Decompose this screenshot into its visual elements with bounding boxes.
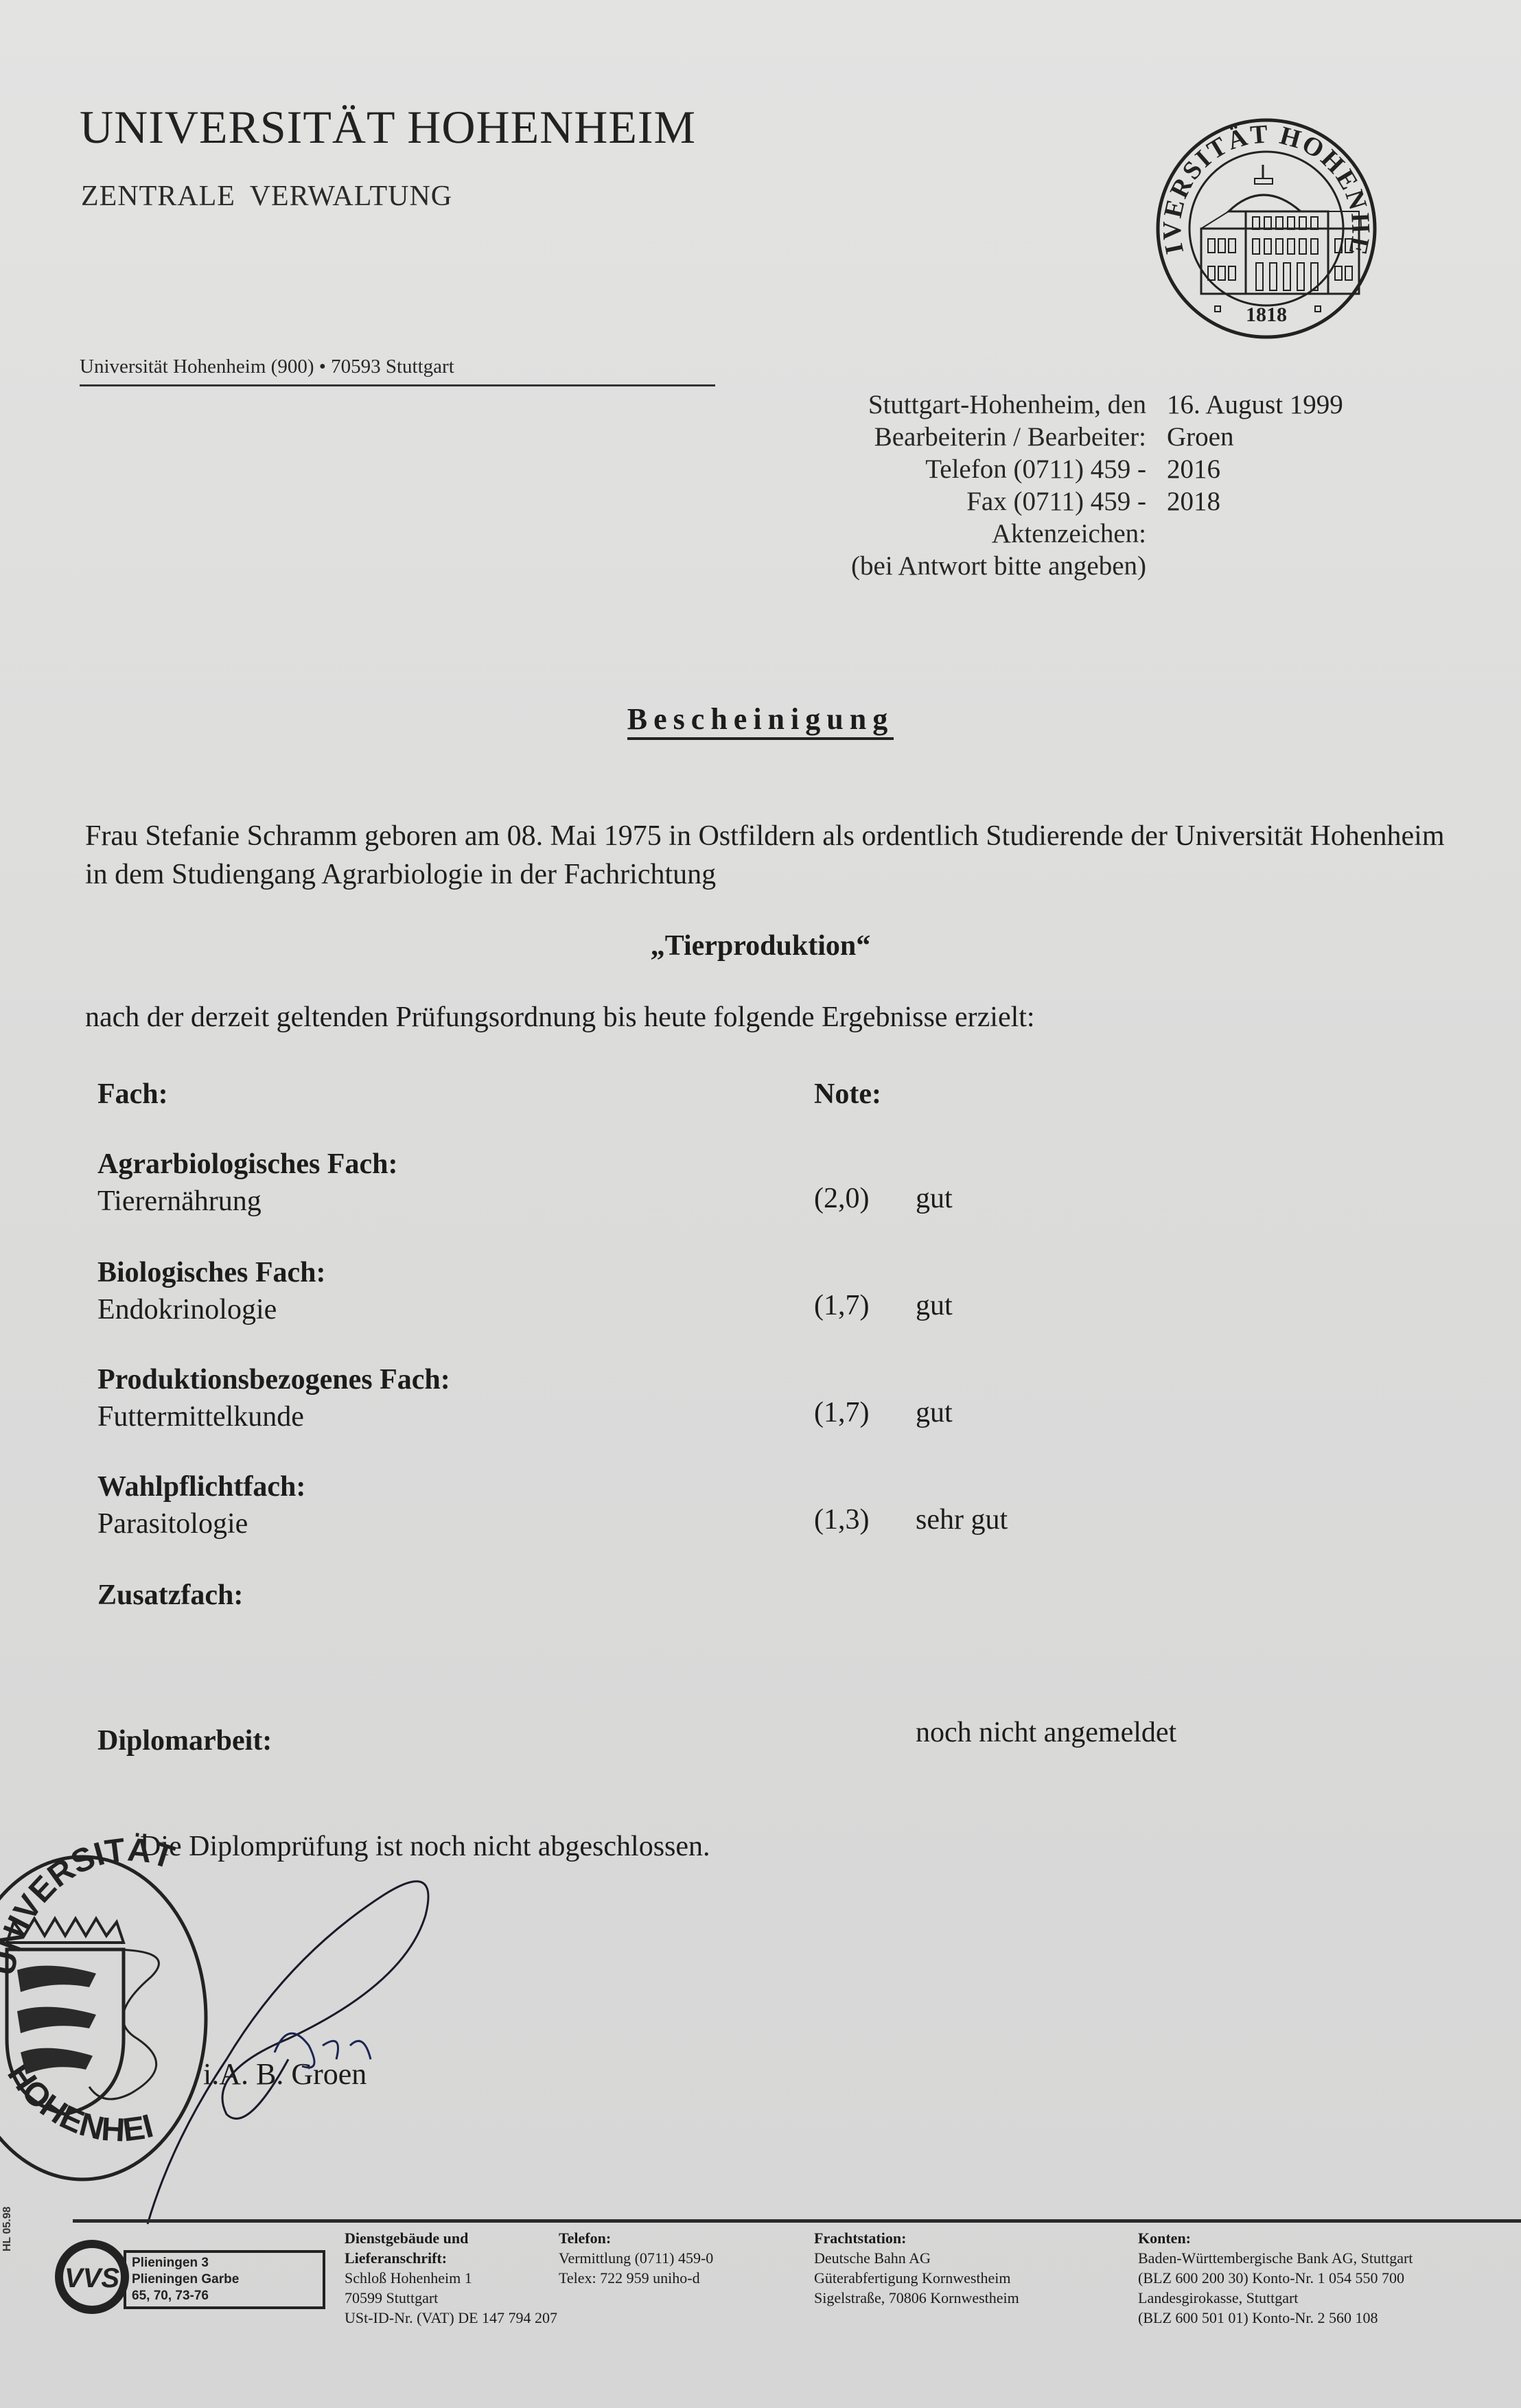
subject-name: Endokrinologie <box>97 1293 277 1326</box>
grade-value: (1,7) <box>814 1396 869 1429</box>
meta-label: Stuttgart-Hohenheim, den <box>796 389 1167 421</box>
meta-label: Fax (0711) 459 - <box>796 485 1167 518</box>
letter-meta: Stuttgart-Hohenheim, den 16. August 1999… <box>796 389 1455 582</box>
meta-date-row: Stuttgart-Hohenheim, den 16. August 1999 <box>796 389 1455 421</box>
svg-text:1818: 1818 <box>1246 303 1287 326</box>
svg-text:VVS: VVS <box>65 2263 119 2293</box>
meta-fax-row: Fax (0711) 459 - 2018 <box>796 485 1455 518</box>
meta-label: Bearbeiterin / Bearbeiter: <box>796 421 1167 453</box>
grade-text: sehr gut <box>916 1503 1008 1536</box>
return-address-rule <box>80 384 715 386</box>
footer-address: Dienstgebäude und Lieferanschrift: Schlo… <box>345 2228 557 2328</box>
vvs-transit-logo-icon: VVS Plieningen 3 Plieningen Garbe 65, 70… <box>49 2239 331 2315</box>
svg-text:UNIVERSITÄT: UNIVERSITÄT <box>0 1831 178 1978</box>
subject-category: Agrarbiologisches Fach: <box>97 1148 397 1181</box>
meta-label: Telefon (0711) 459 - <box>796 453 1167 485</box>
subject-name: Futtermittelkunde <box>97 1400 304 1433</box>
footer-accounts: Konten: Baden-Württembergische Bank AG, … <box>1138 2228 1413 2328</box>
footer-rule <box>73 2219 1521 2223</box>
subject-category: Produktionsbezogenes Fach: <box>97 1363 450 1396</box>
meta-phone-row: Telefon (0711) 459 - 2016 <box>796 453 1455 485</box>
document-title: Bescheinigung <box>0 702 1521 737</box>
return-address: Universität Hohenheim (900) • 70593 Stut… <box>80 356 454 378</box>
meta-label: (bei Antwort bitte angeben) <box>796 550 1167 582</box>
subject-category: Biologisches Fach: <box>97 1256 326 1289</box>
meta-reference-row: Aktenzeichen: <box>796 518 1455 550</box>
footer-phone: Telefon: Vermittlung (0711) 459-0 Telex:… <box>559 2228 713 2288</box>
university-seal-icon: UNIVERSITÄT HOHENHEIM 1818 <box>1153 115 1380 342</box>
svg-text:Plieningen 3: Plieningen 3 <box>132 2256 209 2270</box>
subject-name: Parasitologie <box>97 1507 248 1540</box>
letter-date: 16. August 1999 <box>1167 389 1343 421</box>
clerk-name: Groen <box>1167 421 1233 453</box>
meta-label: Aktenzeichen: <box>796 518 1167 550</box>
department-name: ZENTRALE VERWALTUNG <box>81 180 452 213</box>
grade-value: (1,7) <box>814 1289 869 1322</box>
grade-text: gut <box>916 1396 953 1429</box>
svg-text:65, 70, 73-76: 65, 70, 73-76 <box>132 2289 209 2303</box>
grade-text: gut <box>916 1182 953 1215</box>
meta-clerk-row: Bearbeiterin / Bearbeiter: Groen <box>796 421 1455 453</box>
additional-subject-label: Zusatzfach: <box>97 1579 243 1612</box>
grade-value: (2,0) <box>814 1182 869 1215</box>
grade-value: (1,3) <box>814 1503 869 1536</box>
certificate-paragraph: Frau Stefanie Schramm geboren am 08. Mai… <box>85 817 1451 894</box>
subject-category: Wahlpflichtfach: <box>97 1470 305 1503</box>
thesis-status: noch nicht angemeldet <box>916 1716 1176 1749</box>
column-header-grade: Note: <box>814 1078 881 1111</box>
results-intro: nach der derzeit geltenden Prüfungsordnu… <box>85 1001 1035 1034</box>
institution-name: UNIVERSITÄT HOHENHEIM <box>80 100 696 154</box>
footer-freight: Frachtstation: Deutsche Bahn AG Güterabf… <box>814 2228 1019 2308</box>
form-code: HL 05.98 <box>1 2206 14 2251</box>
grade-text: gut <box>916 1289 953 1322</box>
phone-extension: 2016 <box>1167 453 1220 485</box>
coat-of-arms-stamp-icon: UNIVERSITÄT HOHENHEIM <box>0 1812 522 2251</box>
subject-name: Tierernährung <box>97 1185 262 1218</box>
fax-extension: 2018 <box>1167 485 1220 518</box>
meta-reference-hint-row: (bei Antwort bitte angeben) <box>796 550 1455 582</box>
field-of-study: „Tierproduktion“ <box>0 929 1521 962</box>
column-header-subject: Fach: <box>97 1078 168 1111</box>
thesis-label: Diplomarbeit: <box>97 1724 272 1757</box>
svg-text:Plieningen Garbe: Plieningen Garbe <box>132 2272 239 2287</box>
